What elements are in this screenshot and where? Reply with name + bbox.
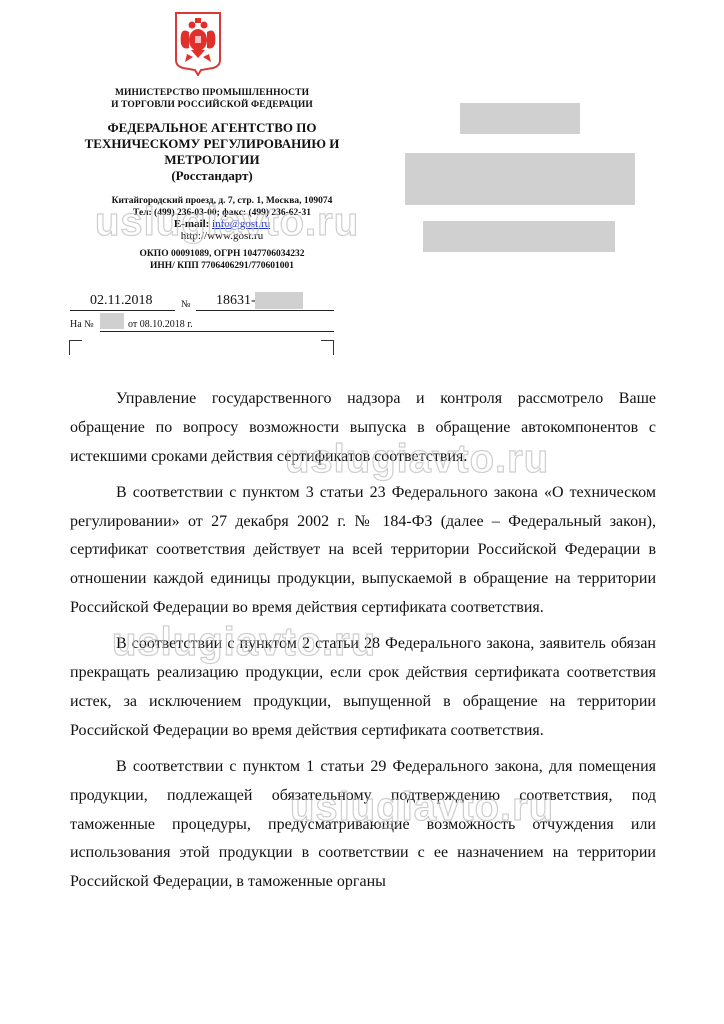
watermark: uslugiavto.ru [112,620,376,665]
redacted-addressee-name [460,103,580,134]
watermark: uslugiavto.ru [290,785,554,830]
redacted-reply-number [100,313,124,329]
agency-name: ФЕДЕРАЛЬНОЕ АГЕНТСТВО ПО ТЕХНИЧЕСКОМУ РЕ… [62,120,362,184]
registration-codes: ОКПО 00091089, ОГРН 1047706034232 ИНН/ К… [62,248,382,272]
russian-coat-of-arms-icon [173,10,223,76]
reply-date: от 08.10.2018 г. [128,319,193,330]
watermark: uslugiavto.ru [95,200,359,245]
agency-short-name: (Росстандарт) [62,168,362,184]
ministry-line-1: МИНИСТЕРСТВО ПРОМЫШЛЕННОСТИ [62,87,362,99]
corner-bracket-right [321,340,334,355]
letter-number: 18631- [216,293,256,309]
redacted-addressee-org [405,153,635,205]
redacted-number [255,292,303,309]
agency-line-2: ТЕХНИЧЕСКОМУ РЕГУЛИРОВАНИЮ И [62,136,362,152]
ministry-line-2: И ТОРГОВЛИ РОССИЙСКОЙ ФЕДЕРАЦИИ [62,99,362,111]
agency-line-1: ФЕДЕРАЛЬНОЕ АГЕНТСТВО ПО [62,120,362,136]
okpo-ogrn: ОКПО 00091089, ОГРН 1047706034232 [62,248,382,260]
watermark: uslugiavto.ru [285,437,549,482]
corner-bracket-left [69,340,82,355]
agency-line-3: МЕТРОЛОГИИ [62,152,362,168]
inn-kpp: ИНН/ КПП 7706406291/770601001 [62,260,382,272]
reply-label: На № [70,319,94,330]
paragraph-2: В соответствии с пунктом 3 статьи 23 Фед… [70,479,656,623]
ministry-name: МИНИСТЕРСТВО ПРОМЫШЛЕННОСТИ И ТОРГОВЛИ Р… [62,87,362,111]
number-label: № [181,299,191,310]
letter-date: 02.11.2018 [90,293,152,309]
redacted-addressee-address [423,221,615,252]
